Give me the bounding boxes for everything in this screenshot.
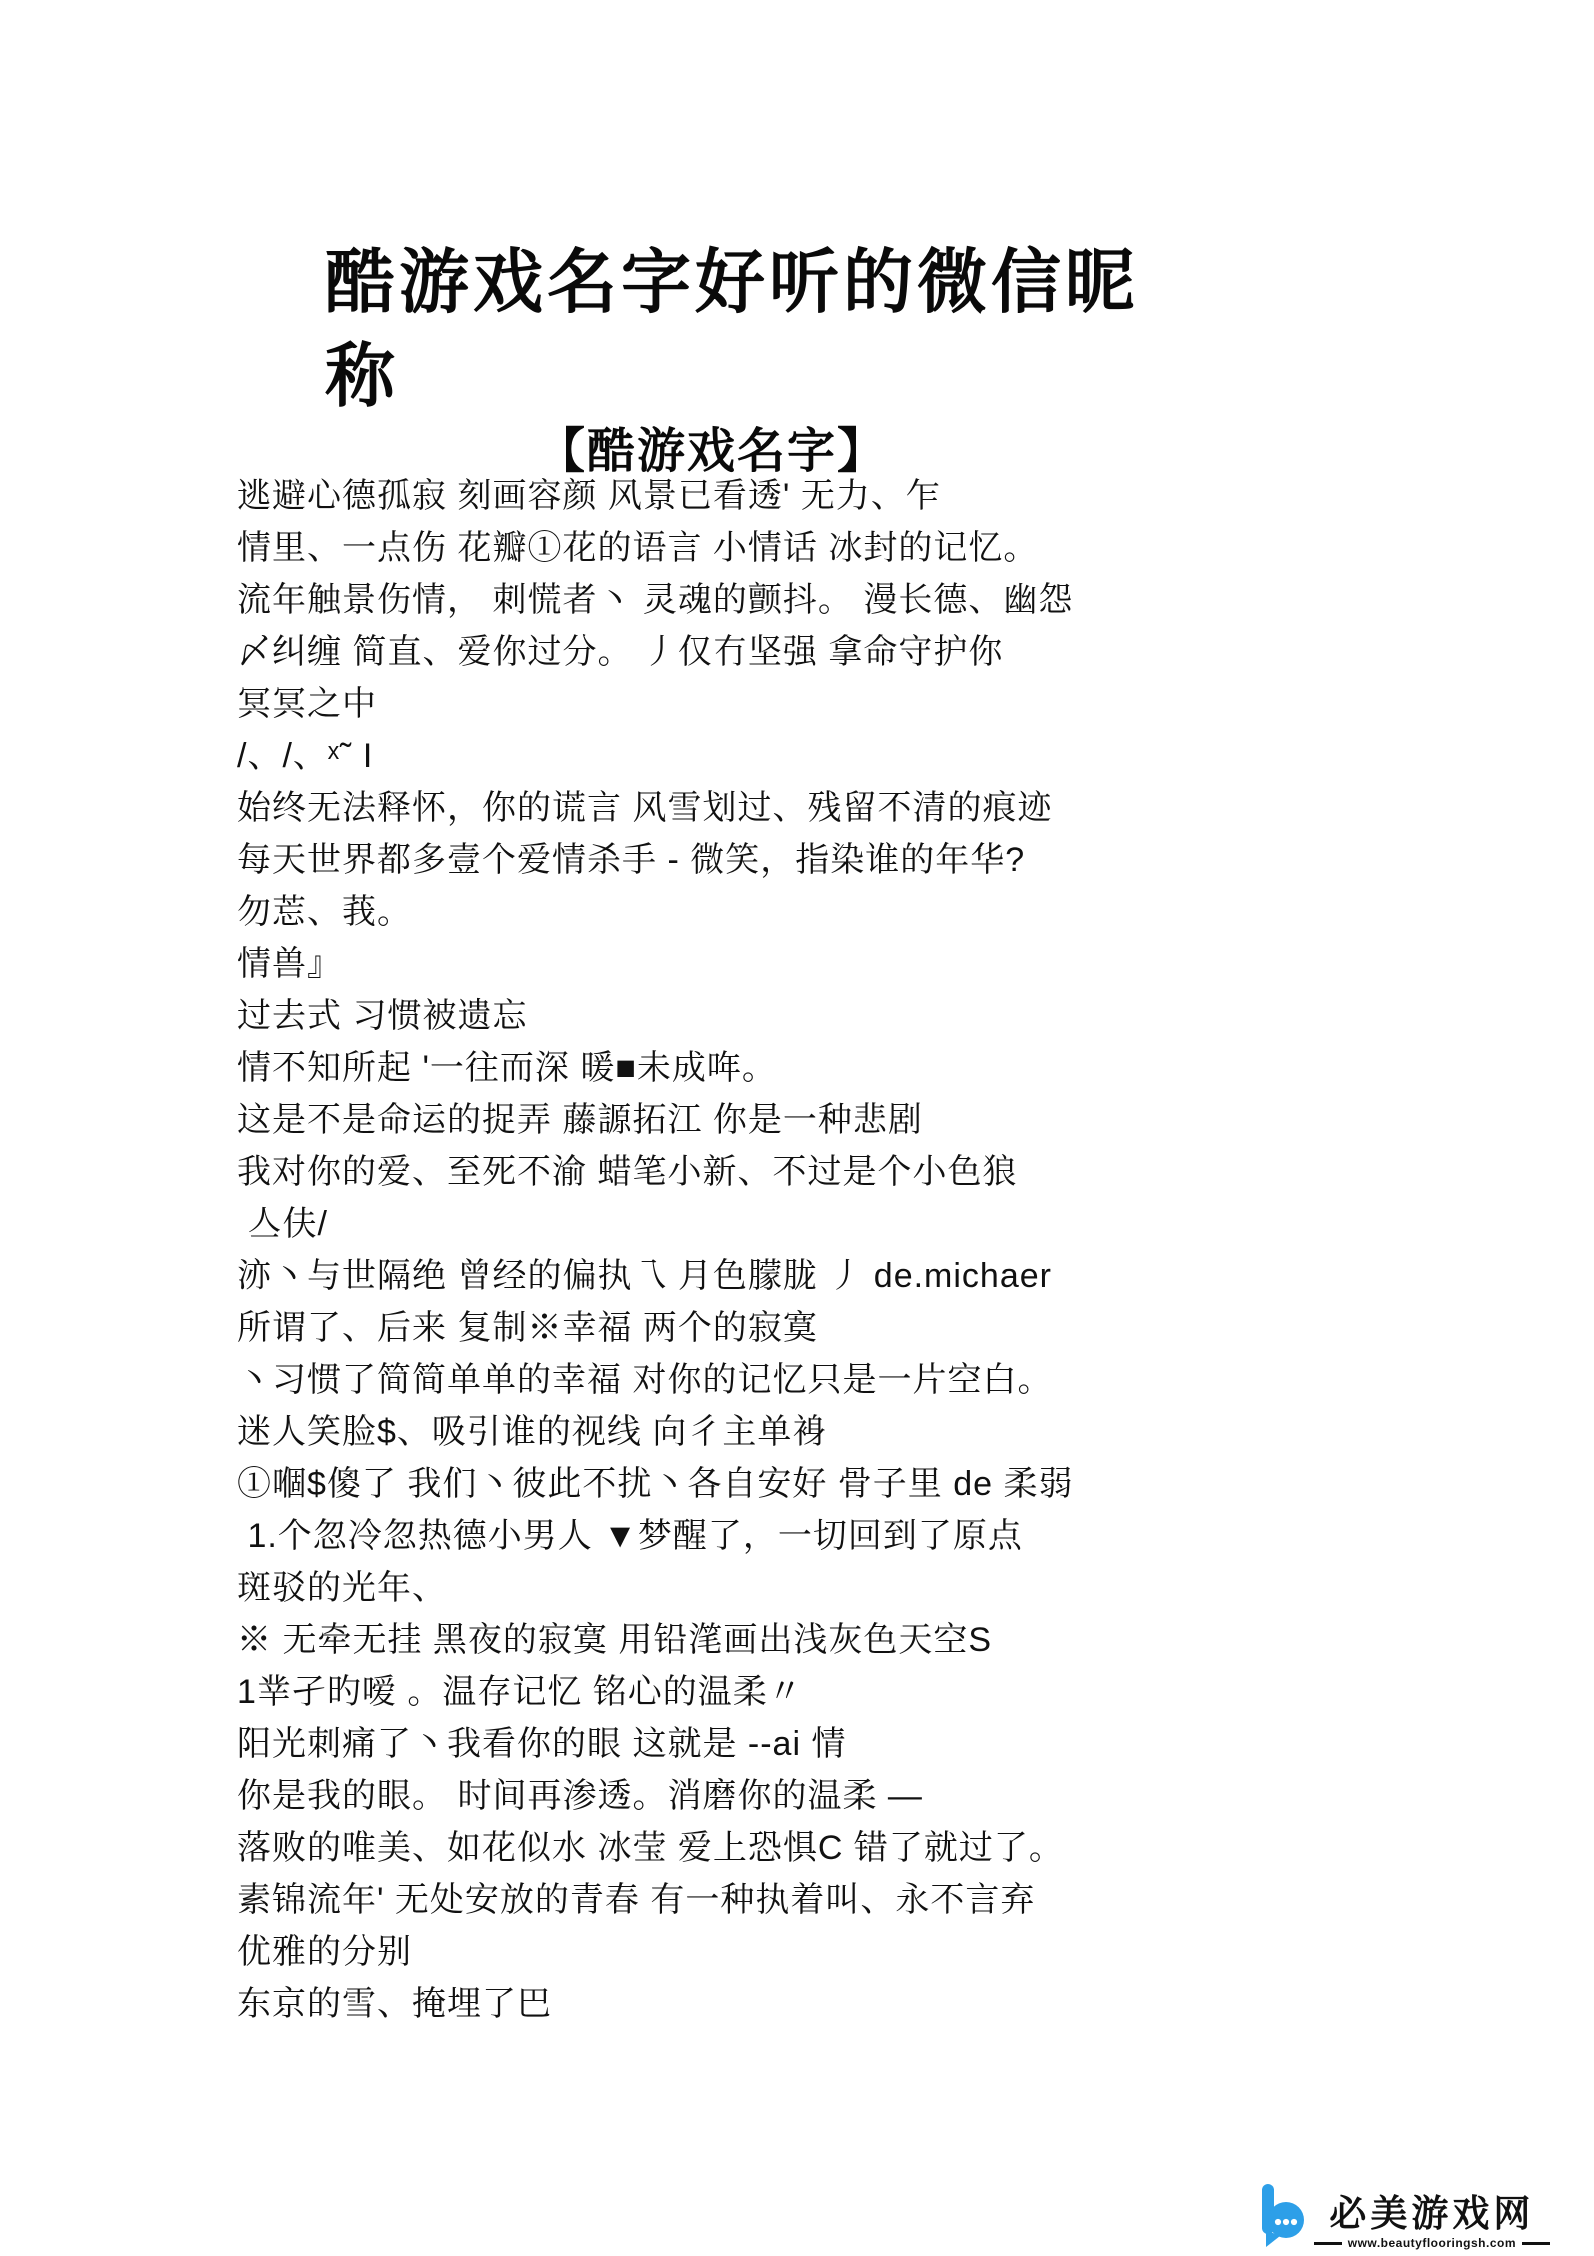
nickname-line: 落败的唯美、如花似水 冰莹 爱上恐惧C 错了就过了。 bbox=[237, 1822, 1487, 1874]
nickname-line: 斑驳的光年、 bbox=[237, 1562, 1487, 1614]
nickname-line: 我对你的爱、至死不渝 蜡笔小新、不过是个小色狼 bbox=[237, 1146, 1487, 1198]
nickname-line: 冥冥之中 bbox=[237, 678, 1487, 730]
nickname-line: 亼伕/ bbox=[237, 1198, 1487, 1250]
nickname-line: 素锦流年' 无处安放的青春 有一种执着叫、永不言弃 bbox=[237, 1874, 1487, 1926]
nickname-line: 丶习惯了简简单单的幸福 对你的记忆只是一片空白。 bbox=[237, 1354, 1487, 1406]
nickname-line: 阳光刺痛了丶我看你的眼 这就是 --ai 情 bbox=[237, 1718, 1487, 1770]
nickname-line: 每天世界都多壹个爱情杀手 - 微笑，指染谁的年华? bbox=[237, 834, 1487, 886]
divider bbox=[1314, 2242, 1342, 2245]
nickname-line: 情里、一点伤 花瓣①花的语言 小情话 冰封的记忆。 bbox=[237, 522, 1487, 574]
nickname-line: 所谓了、后来 复制※幸福 两个的寂寞 bbox=[237, 1302, 1487, 1354]
site-url-row: www.beautyflooringsh.com bbox=[1314, 2236, 1550, 2250]
nickname-line: 〆纠缠 简直、爱你过分。 丿仅冇坚强 拿命守护你 bbox=[237, 626, 1487, 678]
speech-bubble-logo-icon bbox=[1260, 2184, 1304, 2248]
nickname-line: ※ 无牵无挂 黑夜的寂寞 用铅滗画出浅灰色天空S bbox=[237, 1614, 1487, 1666]
nickname-line: 1.个忽冷忽热德小男人 ▼梦醒了，一切回到了原点 bbox=[237, 1510, 1487, 1562]
page-title: 酷游戏名字好听的微信昵称 bbox=[325, 235, 1165, 423]
site-watermark: 必美游戏网 www.beautyflooringsh.com bbox=[1260, 2184, 1550, 2250]
nickname-list: 逃避心德孤寂 刻画容颜 风景已看透' 无力、乍情里、一点伤 花瓣①花的语言 小情… bbox=[237, 470, 1487, 2030]
nickname-line: 情不知所起 '一往而深 暖■未成哖。 bbox=[237, 1042, 1487, 1094]
nickname-line: 始终无法释怀，你的谎言 风雪划过、残留不清的痕迹 bbox=[237, 782, 1487, 834]
nickname-line: 这是不是命运的捉弄 藤謜拓江 你是一种悲剧 bbox=[237, 1094, 1487, 1146]
nickname-line: 1丵孑旳嗳 。温存记忆 铭心的温柔〃 bbox=[237, 1666, 1487, 1718]
nickname-line: 逃避心德孤寂 刻画容颜 风景已看透' 无力、乍 bbox=[237, 470, 1487, 522]
nickname-line: ①嗰$傻了 我们丶彼此不扰丶各自安好 骨子里 de 柔弱 bbox=[237, 1458, 1487, 1510]
nickname-line: 洂丶与世隔绝 曾经的偏执乁 月色朦胧 丿 de.michaer bbox=[237, 1250, 1487, 1302]
nickname-line: 过去式 习惯被遗忘 bbox=[237, 990, 1487, 1042]
nickname-line: 你是我的眼。 时间再渗透。消磨你的温柔 — bbox=[237, 1770, 1487, 1822]
site-url: www.beautyflooringsh.com bbox=[1348, 2236, 1516, 2250]
site-name: 必美游戏网 bbox=[1329, 2193, 1534, 2233]
nickname-line: 迷人笑脸$、吸引谁的视线 向彳主单裑 bbox=[237, 1406, 1487, 1458]
nickname-line: 情兽』 bbox=[237, 938, 1487, 990]
nickname-line: 东京的雪、掩埋了巴 bbox=[237, 1978, 1487, 2030]
nickname-line: /、/、ˣ˜ I bbox=[237, 730, 1487, 782]
divider bbox=[1522, 2242, 1550, 2245]
nickname-line: 优雅的分别 bbox=[237, 1926, 1487, 1978]
nickname-line: 勿莣、莪。 bbox=[237, 886, 1487, 938]
nickname-line: 流年触景伤情， 刺慌者丶 灵魂的颤抖。 漫长德、幽怨 bbox=[237, 574, 1487, 626]
watermark-text-block: 必美游戏网 www.beautyflooringsh.com bbox=[1314, 2193, 1550, 2250]
document-page: 酷游戏名字好听的微信昵称 【酷游戏名字】 逃避心德孤寂 刻画容颜 风景已看透' … bbox=[0, 0, 1594, 2256]
